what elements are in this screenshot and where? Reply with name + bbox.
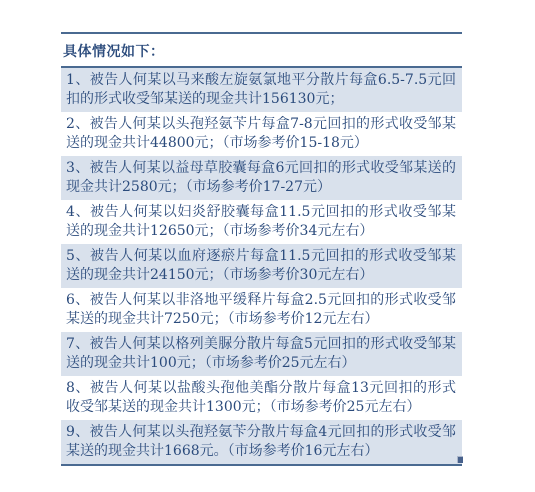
section-header: 具体情况如下： <box>61 32 462 68</box>
case-table: 具体情况如下： 1、被告人何某以马来酸左旋氨氯地平分散片每盒6.5-7.5元回扣… <box>61 32 462 466</box>
list-item: 6、被告人何某以非洛地平缓释片每盒2.5元回扣的形式收受邹某送的现金共计7250… <box>61 288 462 332</box>
list-item: 3、被告人何某以益母草胶囊每盒6元回扣的形式收受邹某送的现金共计2580元；（市… <box>61 156 462 200</box>
list-item: 7、被告人何某以格列美脲分散片每盒5元回扣的形式收受邹某送的现金共计100元；（… <box>61 332 462 376</box>
case-list: 1、被告人何某以马来酸左旋氨氯地平分散片每盒6.5-7.5元回扣的形式收受邹某送… <box>61 68 462 466</box>
table-resize-handle-icon[interactable] <box>457 456 463 463</box>
list-item: 4、被告人何某以妇炎舒胶囊每盒11.5元回扣的形式收受邹某送的现金共计12650… <box>61 200 462 244</box>
list-item: 9、被告人何某以头孢羟氨苄分散片每盒4元回扣的形式收受邹某送的现金共计1668元… <box>61 420 462 464</box>
list-item: 5、被告人何某以血府逐瘀片每盒11.5元回扣的形式收受邹某送的现金共计24150… <box>61 244 462 288</box>
list-item: 8、被告人何某以盐酸头孢他美酯分散片每盒13元回扣的形式收受邹某送的现金共计13… <box>61 376 462 420</box>
list-item: 1、被告人何某以马来酸左旋氨氯地平分散片每盒6.5-7.5元回扣的形式收受邹某送… <box>61 68 462 112</box>
page: { "doc": { "header": "具体情况如下：", "items":… <box>0 0 535 492</box>
list-item: 2、被告人何某以头孢羟氨苄片每盒7-8元回扣的形式收受邹某送的现金共计44800… <box>61 112 462 156</box>
